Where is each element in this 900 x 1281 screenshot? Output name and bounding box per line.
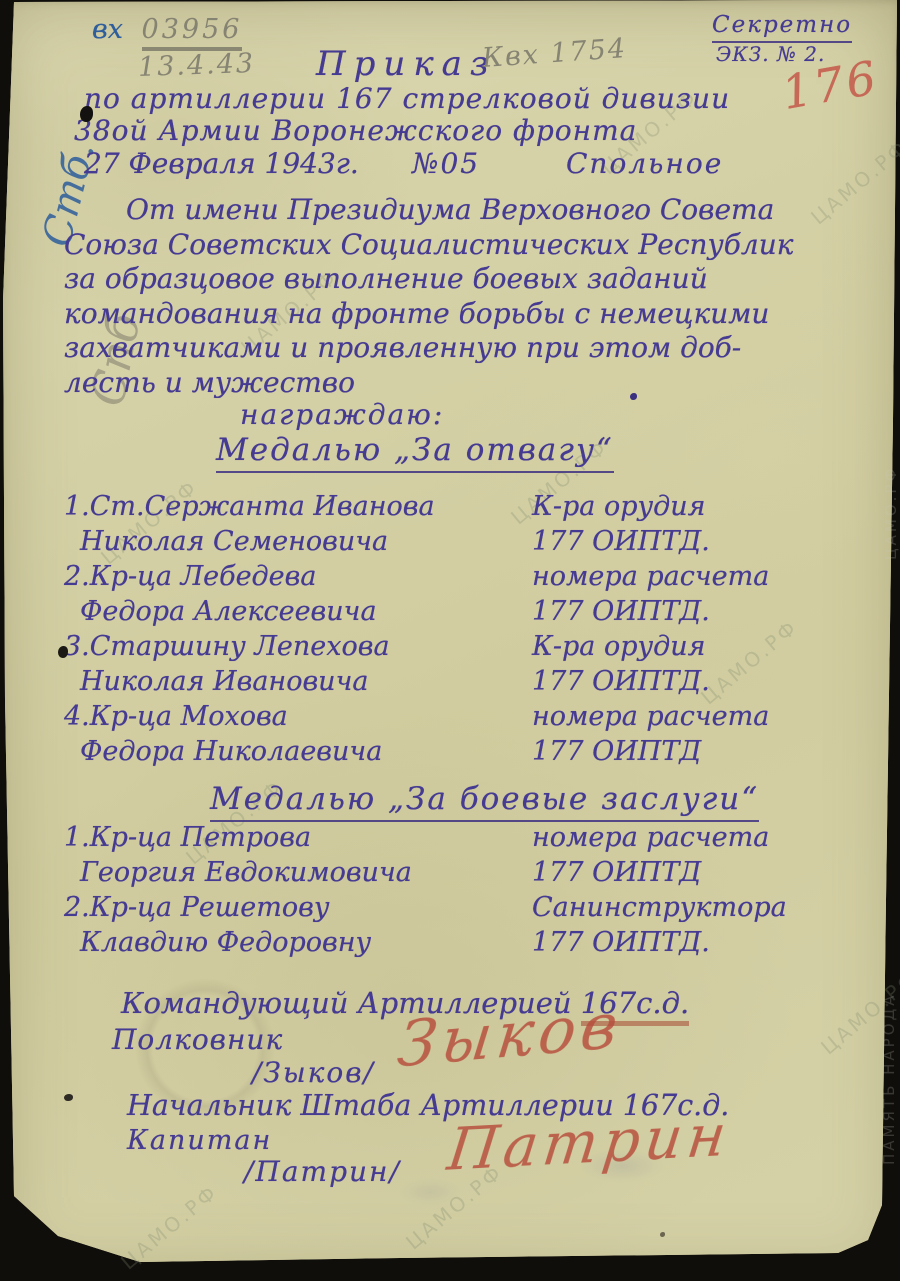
- preamble-line: лесть и мужество: [64, 366, 884, 401]
- entry-name: 4.Кр-ца Мохова: [64, 699, 532, 734]
- preamble: От имени Президиума Верховного Совета Со…: [64, 193, 884, 400]
- entry-role: номера расчета: [532, 699, 769, 734]
- secret-stamp: Секретно: [712, 12, 852, 43]
- medal-heading-2: Медалью „За боевые заслуги“: [210, 781, 759, 822]
- entry-patronymic: Федора Николаевича: [64, 734, 532, 769]
- entry-unit: 177 ОИПТД: [532, 734, 769, 769]
- order-line-2: 38ой Армии Воронежского фронта: [74, 114, 637, 147]
- entry-name: 3.Старшину Лепехова: [64, 629, 532, 664]
- order-title: Приказ: [316, 44, 496, 84]
- award-verb: награждаю:: [240, 398, 444, 431]
- incoming-number: 03956: [142, 14, 243, 51]
- entry-name: 2.Кр-ца Лебедева: [64, 559, 532, 594]
- signature-name-1: /Зыков/: [252, 1056, 375, 1089]
- medal-heading-1: Медалью „За отвагу“: [216, 432, 614, 473]
- preamble-line: за образцовое выполнение боевых заданий: [64, 262, 884, 297]
- scanned-document-photo: ЦАМО.РФ ЦАМО.РФ ЦАМО.РФ ЦАМО.РФ ЦАМО.РФ …: [0, 0, 900, 1281]
- ink-speck: [630, 393, 637, 400]
- entry-patronymic: Федора Алексеевича: [64, 594, 532, 629]
- order-date: 27 Февраля 1943г.: [84, 147, 359, 180]
- preamble-line: захватчиками и проявленную при этом доб-: [64, 331, 884, 366]
- order-line-1: по артиллерии 167 стрелковой дивизии: [84, 82, 730, 115]
- signature-rank-2: Капитан: [127, 1125, 272, 1156]
- signature-name-2: /Патрин/: [244, 1155, 401, 1188]
- award-list-2: 1.Кр-ца Петрованомера расчета Георгия Ев…: [64, 820, 787, 960]
- paper-speck: [660, 1232, 665, 1237]
- entry-role: К-ра орудия: [532, 629, 769, 664]
- entry-unit: 177 ОИПТД: [532, 855, 787, 890]
- entry-name: 1.Ст.Сержанта Иванова: [64, 489, 532, 524]
- incoming-stamp: вх 03956: [92, 14, 242, 45]
- entry-role: номера расчета: [532, 820, 787, 855]
- entry-unit: 177 ОИПТД.: [532, 524, 769, 559]
- order-place: Спольное: [566, 147, 723, 180]
- preamble-line: командования на фронте борьбы с немецким…: [64, 297, 884, 332]
- incoming-date: 13.4.43: [137, 48, 255, 83]
- paper-hole: [80, 106, 93, 122]
- entry-role: номера расчета: [532, 559, 769, 594]
- award-list-1: 1.Ст.Сержанта ИвановаК-ра орудия Николая…: [64, 489, 769, 769]
- paper-speck: [64, 1094, 73, 1101]
- entry-patronymic: Николая Семеновича: [64, 524, 532, 559]
- incoming-prefix: вх: [92, 14, 123, 45]
- entry-unit: 177 ОИПТД.: [532, 664, 769, 699]
- entry-role: Санинструктора: [532, 890, 787, 925]
- preamble-line: Союза Советских Социалистических Республ…: [64, 228, 884, 263]
- entry-unit: 177 ОИПТД.: [532, 925, 787, 960]
- preamble-line: От имени Президиума Верховного Совета: [64, 193, 884, 228]
- entry-name: 1.Кр-ца Петрова: [64, 820, 532, 855]
- order-number: №05: [412, 147, 480, 180]
- paper-speck: [58, 646, 68, 658]
- entry-patronymic: Клавдию Федоровну: [64, 925, 532, 960]
- signature-rank-1: Полковник: [112, 1023, 283, 1056]
- entry-unit: 177 ОИПТД.: [532, 594, 769, 629]
- entry-role: К-ра орудия: [532, 489, 769, 524]
- entry-name: 2.Кр-ца Решетову: [64, 890, 532, 925]
- entry-patronymic: Георгия Евдокимовича: [64, 855, 532, 890]
- entry-patronymic: Николая Ивановича: [64, 664, 532, 699]
